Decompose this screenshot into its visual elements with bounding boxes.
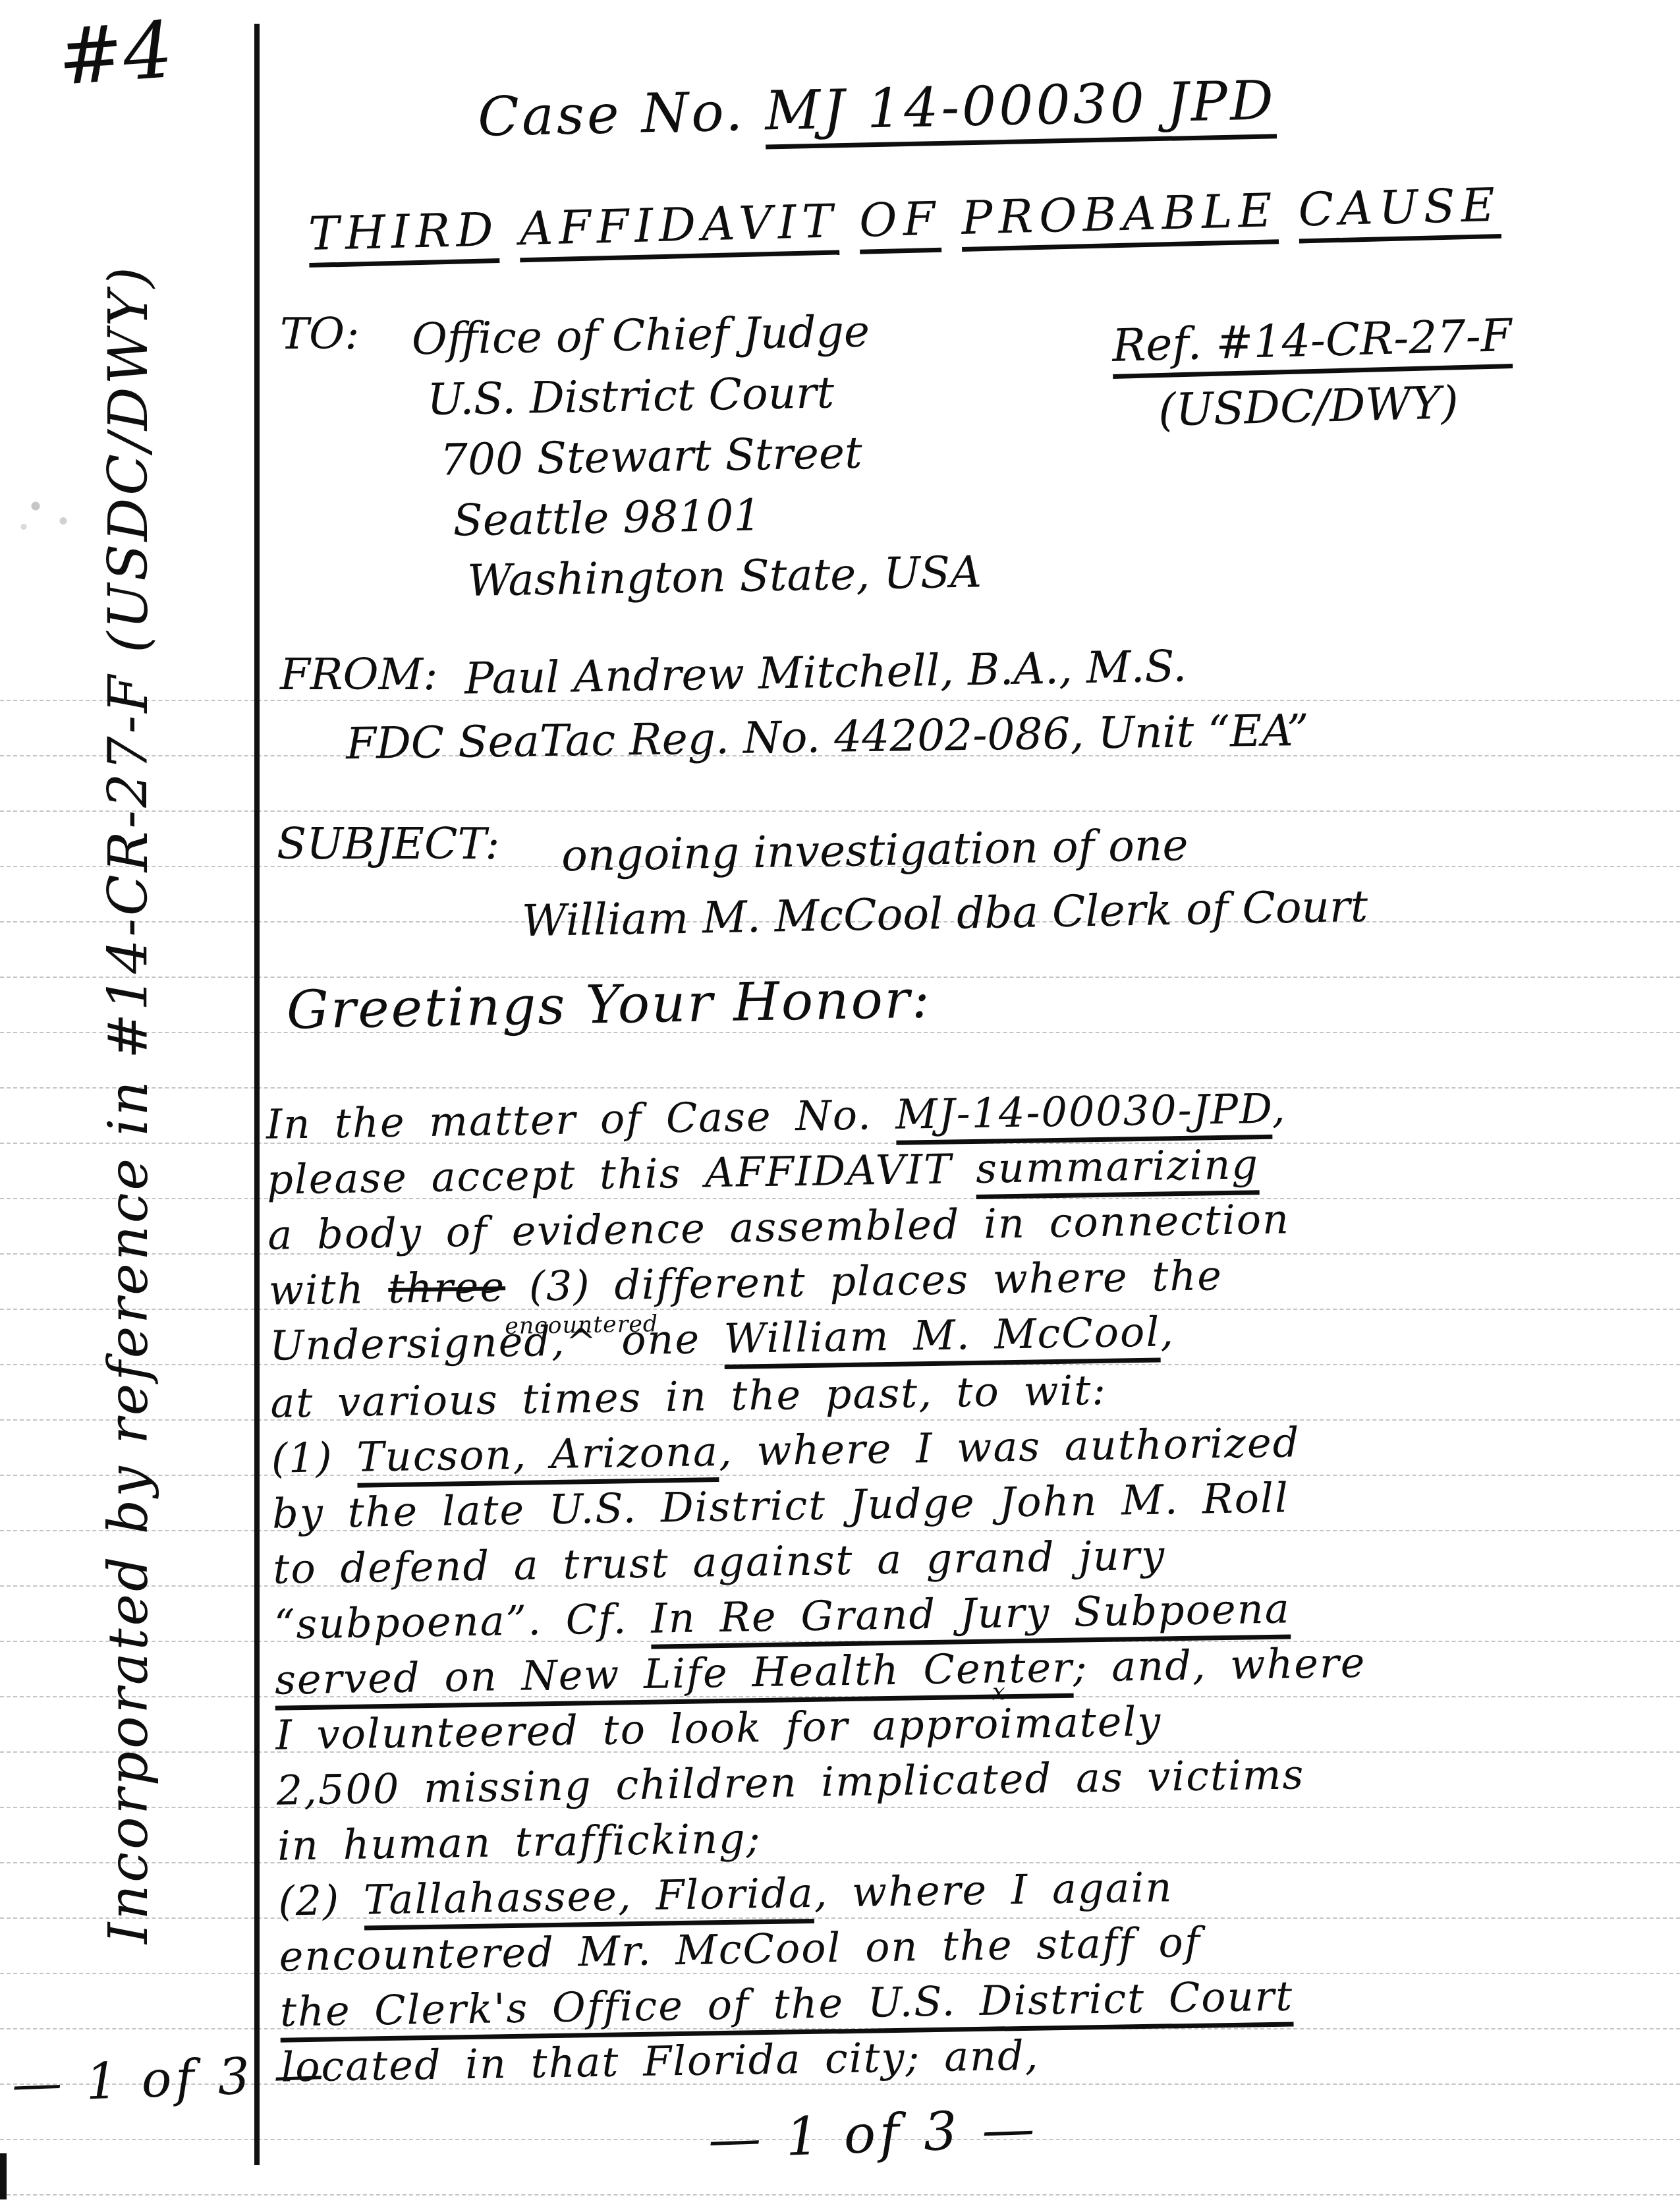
document-title: THIRD AFFIDAVIT OF PROBABLE CAUSE: [308, 178, 1501, 261]
page-number-left: — 1 of 3 —: [11, 2044, 329, 2114]
body-text: In the matter of Case No. MJ-14-00030-JP…: [266, 1075, 1680, 2095]
scan-edge-mark: [0, 2153, 7, 2199]
margin-rule-line: [254, 24, 260, 2165]
ruled-line: [0, 700, 1680, 701]
greeting-line: Greetings Your Honor:: [286, 968, 932, 1040]
to-address-line: U.S. District Court: [412, 360, 979, 431]
from-label: FROM:: [280, 649, 437, 700]
to-address-line: Washington State, USA: [415, 542, 982, 612]
reference-number-line: Ref. #14-CR-27-F: [1111, 310, 1513, 372]
from-address-line: FDC SeaTac Reg. No. 44202-086, Unit “EA”: [346, 705, 1310, 769]
subject-line: William M. McCool dba Clerk of Court: [521, 881, 1368, 946]
reference-court-line: (USDC/DWY): [1158, 377, 1459, 437]
to-address-line: Seattle 98101: [414, 482, 981, 552]
ruled-line: [0, 1032, 1680, 1033]
exhibit-number-mark: #4: [55, 4, 175, 103]
to-address-line: 700 Stewart Street: [413, 421, 980, 492]
page-number-center: — 1 of 3 —: [708, 2097, 1040, 2170]
inserted-word: encountered^: [565, 1313, 598, 1371]
subject-label: SUBJECT:: [277, 818, 499, 869]
scanned-affidavit-page: #4 Incorporated by reference in #14-CR-2…: [0, 0, 1680, 2210]
ruled-line: [0, 2194, 1680, 2196]
margin-annotation: Incorporated by reference in #14-CR-27-F…: [98, 217, 190, 1944]
to-address-block: Office of Chief Judge U.S. District Cour…: [411, 300, 982, 613]
from-name-line: Paul Andrew Mitchell, B.A., M.S.: [464, 640, 1187, 704]
ruled-line: [0, 810, 1680, 812]
to-label: TO:: [280, 308, 359, 359]
case-number-line: Case No. MJ 14-00030 JPD: [477, 69, 1277, 148]
subject-line: ongoing investigation of one: [561, 820, 1189, 882]
scan-smudge: [8, 482, 87, 542]
to-address-line: Office of Chief Judge: [411, 300, 978, 370]
